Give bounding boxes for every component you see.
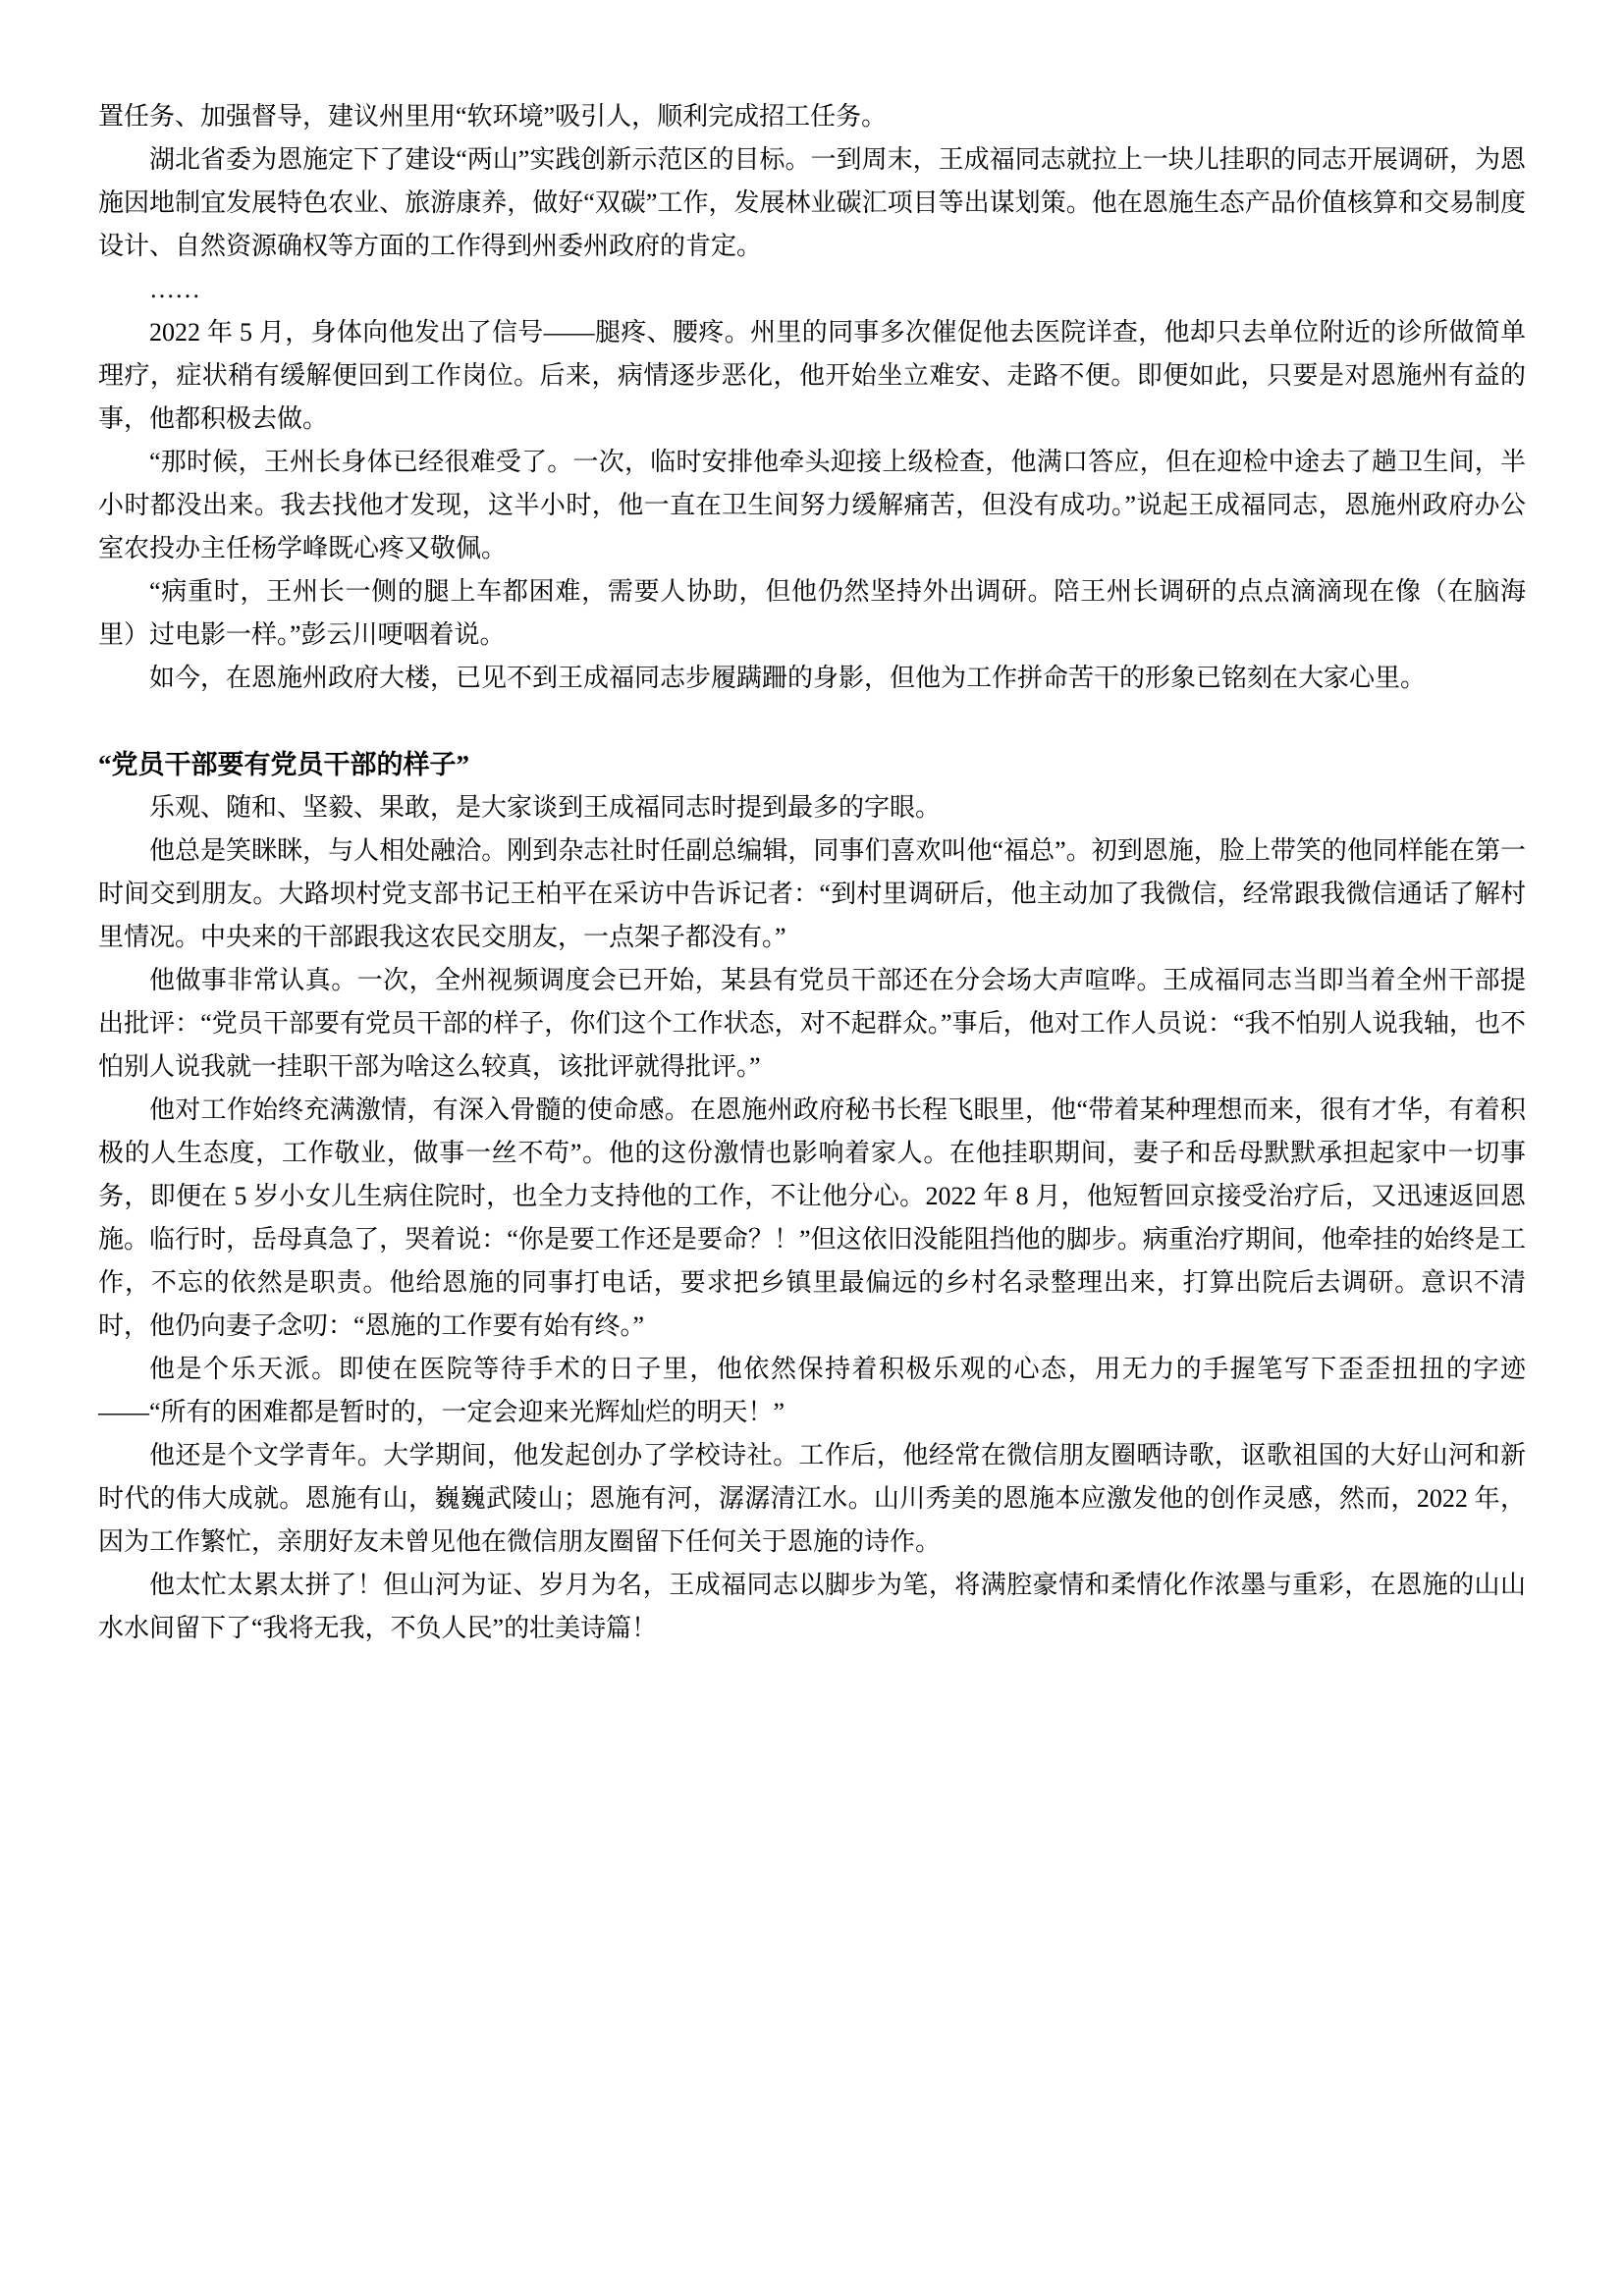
paragraph: “那时候，王州长身体已经很难受了。一次，临时安排他牵头迎接上级检查，他满口答应，… xyxy=(98,441,1526,570)
paragraph-continuation: 置任务、加强督导，建议州里用“软环境”吸引人，顺利完成招工任务。 xyxy=(98,95,1526,138)
paragraph: 他是个乐天派。即使在医院等待手术的日子里，他依然保持着积极乐观的心态，用无力的手… xyxy=(98,1348,1526,1434)
paragraph: 他对工作始终充满激情，有深入骨髓的使命感。在恩施州政府秘书长程飞眼里，他“带着某… xyxy=(98,1089,1526,1348)
paragraph: 他总是笑眯眯，与人相处融洽。刚到杂志社时任副总编辑，同事们喜欢叫他“福总”。初到… xyxy=(98,829,1526,959)
paragraph: 湖北省委为恩施定下了建设“两山”实践创新示范区的目标。一到周末，王成福同志就拉上… xyxy=(98,138,1526,268)
paragraph: “病重时，王州长一侧的腿上车都困难，需要人协助，但他仍然坚持外出调研。陪王州长调… xyxy=(98,570,1526,657)
paragraph: 他做事非常认真。一次，全州视频调度会已开始，某县有党员干部还在分会场大声喧哗。王… xyxy=(98,959,1526,1089)
document-page: 置任务、加强督导，建议州里用“软环境”吸引人，顺利完成招工任务。 湖北省委为恩施… xyxy=(0,0,1624,2296)
paragraph: 如今，在恩施州政府大楼，已见不到王成福同志步履蹒跚的身影，但他为工作拼命苦干的形… xyxy=(98,657,1526,700)
section-heading: “党员干部要有党员干部的样子” xyxy=(98,743,1526,786)
paragraph: 乐观、随和、坚毅、果敢，是大家谈到王成福同志时提到最多的字眼。 xyxy=(98,786,1526,829)
paragraph: 他还是个文学青年。大学期间，他发起创办了学校诗社。工作后，他经常在微信朋友圈晒诗… xyxy=(98,1434,1526,1564)
paragraph: 他太忙太累太拼了！但山河为证、岁月为名，王成福同志以脚步为笔，将满腔豪情和柔情化… xyxy=(98,1564,1526,1650)
paragraph: 2022 年 5 月，身体向他发出了信号——腿疼、腰疼。州里的同事多次催促他去医… xyxy=(98,311,1526,441)
paragraph-ellipsis: …… xyxy=(98,268,1526,311)
